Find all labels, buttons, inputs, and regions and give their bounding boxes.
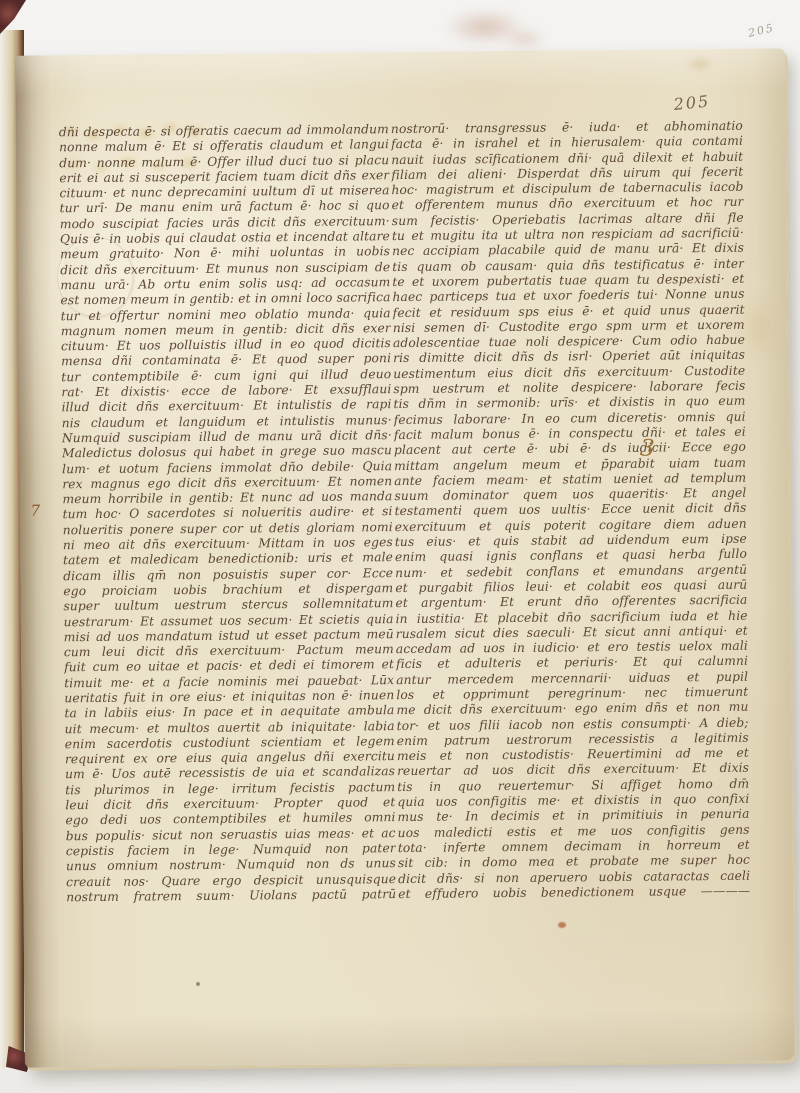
- text-column-left: dñi despecta ē· si offeratis caecum ad i…: [59, 122, 396, 905]
- stain-dot-2: [196, 982, 200, 986]
- manuscript-line: et effudero uobis benedictionem usque ——…: [398, 884, 750, 903]
- stain-smudge-top: [426, 0, 558, 60]
- manuscript-line: nostrum fratrem suum· Uiolans pactū patr…: [66, 887, 396, 905]
- stain-dot-1: [558, 922, 566, 928]
- manuscript-photo: dñi despecta ē· si offeratis caecum ad i…: [0, 0, 800, 1093]
- parchment-page: dñi despecta ē· si offeratis caecum ad i…: [15, 48, 795, 1067]
- chapter-number-mark: 3: [639, 435, 655, 462]
- folio-number-pencil: 205: [747, 21, 776, 40]
- stain-blotch-right: [742, 296, 776, 360]
- text-column-right: nostrorū· transgressus ē· iuda· et abhom…: [391, 119, 750, 902]
- folio-number-ink: 205: [673, 92, 711, 114]
- cover-corner-top-icon: [0, 0, 26, 34]
- stain-spot-top: [686, 56, 714, 72]
- paragraph-mark: 7: [30, 502, 40, 520]
